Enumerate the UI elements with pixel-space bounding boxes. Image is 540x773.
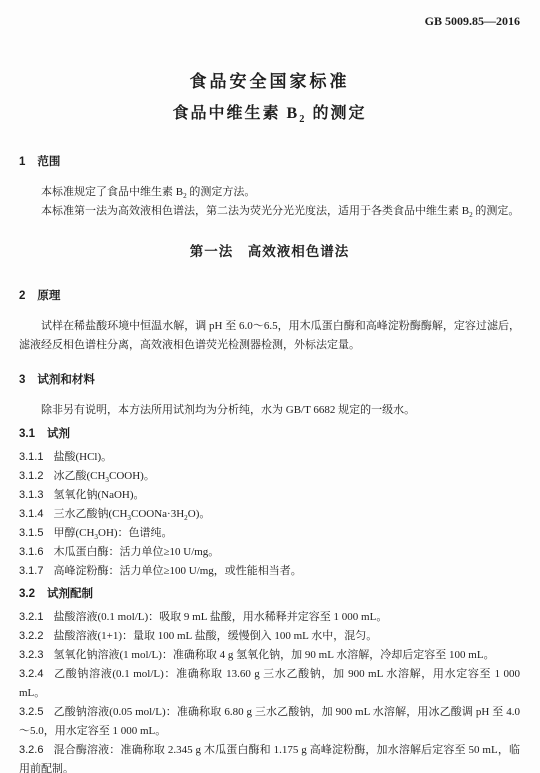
clause-text: 氢氧化钠(NaOH)。	[53, 489, 144, 501]
clause-number: 3.1.7	[19, 565, 43, 577]
section-3-heading: 3试剂和材料	[19, 372, 520, 388]
section-2-heading: 2原理	[19, 288, 520, 304]
reagent-clause-list: 3.1.1盐酸(HCl)。3.1.2冰乙酸(CH3COOH)。3.1.3氢氧化钠…	[19, 448, 520, 581]
section-3-number: 3	[19, 374, 25, 386]
document-page: GB 5009.85—2016 食品安全国家标准 食品中维生素 B2 的测定 1…	[0, 0, 540, 773]
clause-item: 3.2.6混合酶溶液：准确称取 2.345 g 木瓜蛋白酶和 1.175 g 高…	[19, 741, 520, 773]
section-3-1-title: 试剂	[47, 428, 70, 440]
document-title-line1: 食品安全国家标准	[19, 72, 520, 92]
clause-item: 3.2.1盐酸溶液(0.1 mol/L)：吸取 9 mL 盐酸，用水稀释并定容至…	[19, 608, 520, 627]
clause-number: 3.2.5	[19, 706, 43, 718]
clause-number: 3.1.1	[19, 451, 43, 463]
section-3-2-number: 3.2	[19, 588, 35, 600]
clause-item: 3.1.1盐酸(HCl)。	[19, 448, 520, 467]
clause-item: 3.1.4三水乙酸钠(CH3COONa·3H2O)。	[19, 505, 520, 524]
clause-text: 盐酸溶液(1+1)：量取 100 mL 盐酸，缓慢倒入 100 mL 水中，混匀…	[53, 630, 377, 642]
subscript: 2	[184, 514, 188, 522]
clause-text: 盐酸(HCl)。	[53, 451, 112, 463]
clause-item: 3.1.2冰乙酸(CH3COOH)。	[19, 467, 520, 486]
clause-number: 3.1.2	[19, 470, 43, 482]
clause-item: 3.1.7高峰淀粉酶：活力单位≥100 U/mg，或性能相当者。	[19, 562, 520, 581]
clause-text: 氢氧化钠溶液(1 mol/L)：准确称取 4 g 氢氧化钠，加 90 mL 水溶…	[53, 649, 494, 661]
section-2-title: 原理	[37, 290, 60, 302]
reagents-intro-paragraph: 除非另有说明，本方法所用试剂均为分析纯，水为 GB/T 6682 规定的一级水。	[19, 401, 520, 420]
section-1-title: 范围	[37, 156, 60, 168]
subscript: 3	[105, 476, 109, 484]
scope-paragraph-1: 本标准规定了食品中维生素 B2 的测定方法。	[19, 183, 520, 202]
clause-number: 3.2.4	[19, 668, 43, 680]
clause-item: 3.1.3氢氧化钠(NaOH)。	[19, 486, 520, 505]
clause-number: 3.1.5	[19, 527, 43, 539]
clause-text: 木瓜蛋白酶：活力单位≥10 U/mg。	[53, 546, 219, 558]
method-1-heading: 第一法 高效液相色谱法	[19, 243, 520, 260]
section-3-title: 试剂和材料	[37, 374, 95, 386]
clause-item: 3.2.4乙酸钠溶液(0.1 mol/L)：准确称取 13.60 g 三水乙酸钠…	[19, 665, 520, 703]
clause-number: 3.1.3	[19, 489, 43, 501]
section-3-1-heading: 3.1试剂	[19, 426, 520, 442]
subscript: 3	[127, 514, 131, 522]
principle-paragraph: 试样在稀盐酸环境中恒温水解，调 pH 至 6.0～6.5，用木瓜蛋白酶和高峰淀粉…	[19, 317, 520, 355]
clause-text: 甲醇(CH3OH)：色谱纯。	[53, 527, 172, 539]
clause-text: 盐酸溶液(0.1 mol/L)：吸取 9 mL 盐酸，用水稀释并定容至 1 00…	[53, 611, 387, 623]
scope-paragraph-2: 本标准第一法为高效液相色谱法，第二法为荧光分光光度法，适用于各类食品中维生素 B…	[19, 202, 520, 221]
clause-number: 3.2.1	[19, 611, 43, 623]
preparation-clause-list: 3.2.1盐酸溶液(0.1 mol/L)：吸取 9 mL 盐酸，用水稀释并定容至…	[19, 608, 520, 773]
section-1-number: 1	[19, 156, 25, 168]
standard-number: GB 5009.85—2016	[19, 14, 520, 28]
subscript: 2	[183, 192, 187, 200]
document-title-line2: 食品中维生素 B2 的测定	[19, 104, 520, 124]
clause-text: 混合酶溶液：准确称取 2.345 g 木瓜蛋白酶和 1.175 g 高峰淀粉酶，…	[19, 744, 520, 773]
subscript: 3	[94, 533, 98, 541]
clause-number: 3.1.6	[19, 546, 43, 558]
clause-text: 乙酸钠溶液(0.05 mol/L)：准确称取 6.80 g 三水乙酸钠，加 90…	[19, 706, 520, 737]
clause-number: 3.2.2	[19, 630, 43, 642]
subscript: 2	[299, 114, 306, 125]
clause-item: 3.2.3氢氧化钠溶液(1 mol/L)：准确称取 4 g 氢氧化钠，加 90 …	[19, 646, 520, 665]
clause-text: 高峰淀粉酶：活力单位≥100 U/mg，或性能相当者。	[53, 565, 301, 577]
subscript: 2	[469, 211, 473, 219]
clause-text: 乙酸钠溶液(0.1 mol/L)：准确称取 13.60 g 三水乙酸钠，加 90…	[19, 668, 520, 699]
clause-text: 冰乙酸(CH3COOH)。	[53, 470, 154, 482]
clause-item: 3.2.2盐酸溶液(1+1)：量取 100 mL 盐酸，缓慢倒入 100 mL …	[19, 627, 520, 646]
section-1-heading: 1范围	[19, 154, 520, 170]
clause-item: 3.2.5乙酸钠溶液(0.05 mol/L)：准确称取 6.80 g 三水乙酸钠…	[19, 703, 520, 741]
section-3-2-title: 试剂配制	[47, 588, 93, 600]
clause-text: 三水乙酸钠(CH3COONa·3H2O)。	[53, 508, 210, 520]
section-3-2-heading: 3.2试剂配制	[19, 586, 520, 602]
section-3-1-number: 3.1	[19, 428, 35, 440]
clause-number: 3.1.4	[19, 508, 43, 520]
section-2-number: 2	[19, 290, 25, 302]
clause-number: 3.2.6	[19, 744, 43, 756]
clause-item: 3.1.5甲醇(CH3OH)：色谱纯。	[19, 524, 520, 543]
clause-item: 3.1.6木瓜蛋白酶：活力单位≥10 U/mg。	[19, 543, 520, 562]
clause-number: 3.2.3	[19, 649, 43, 661]
